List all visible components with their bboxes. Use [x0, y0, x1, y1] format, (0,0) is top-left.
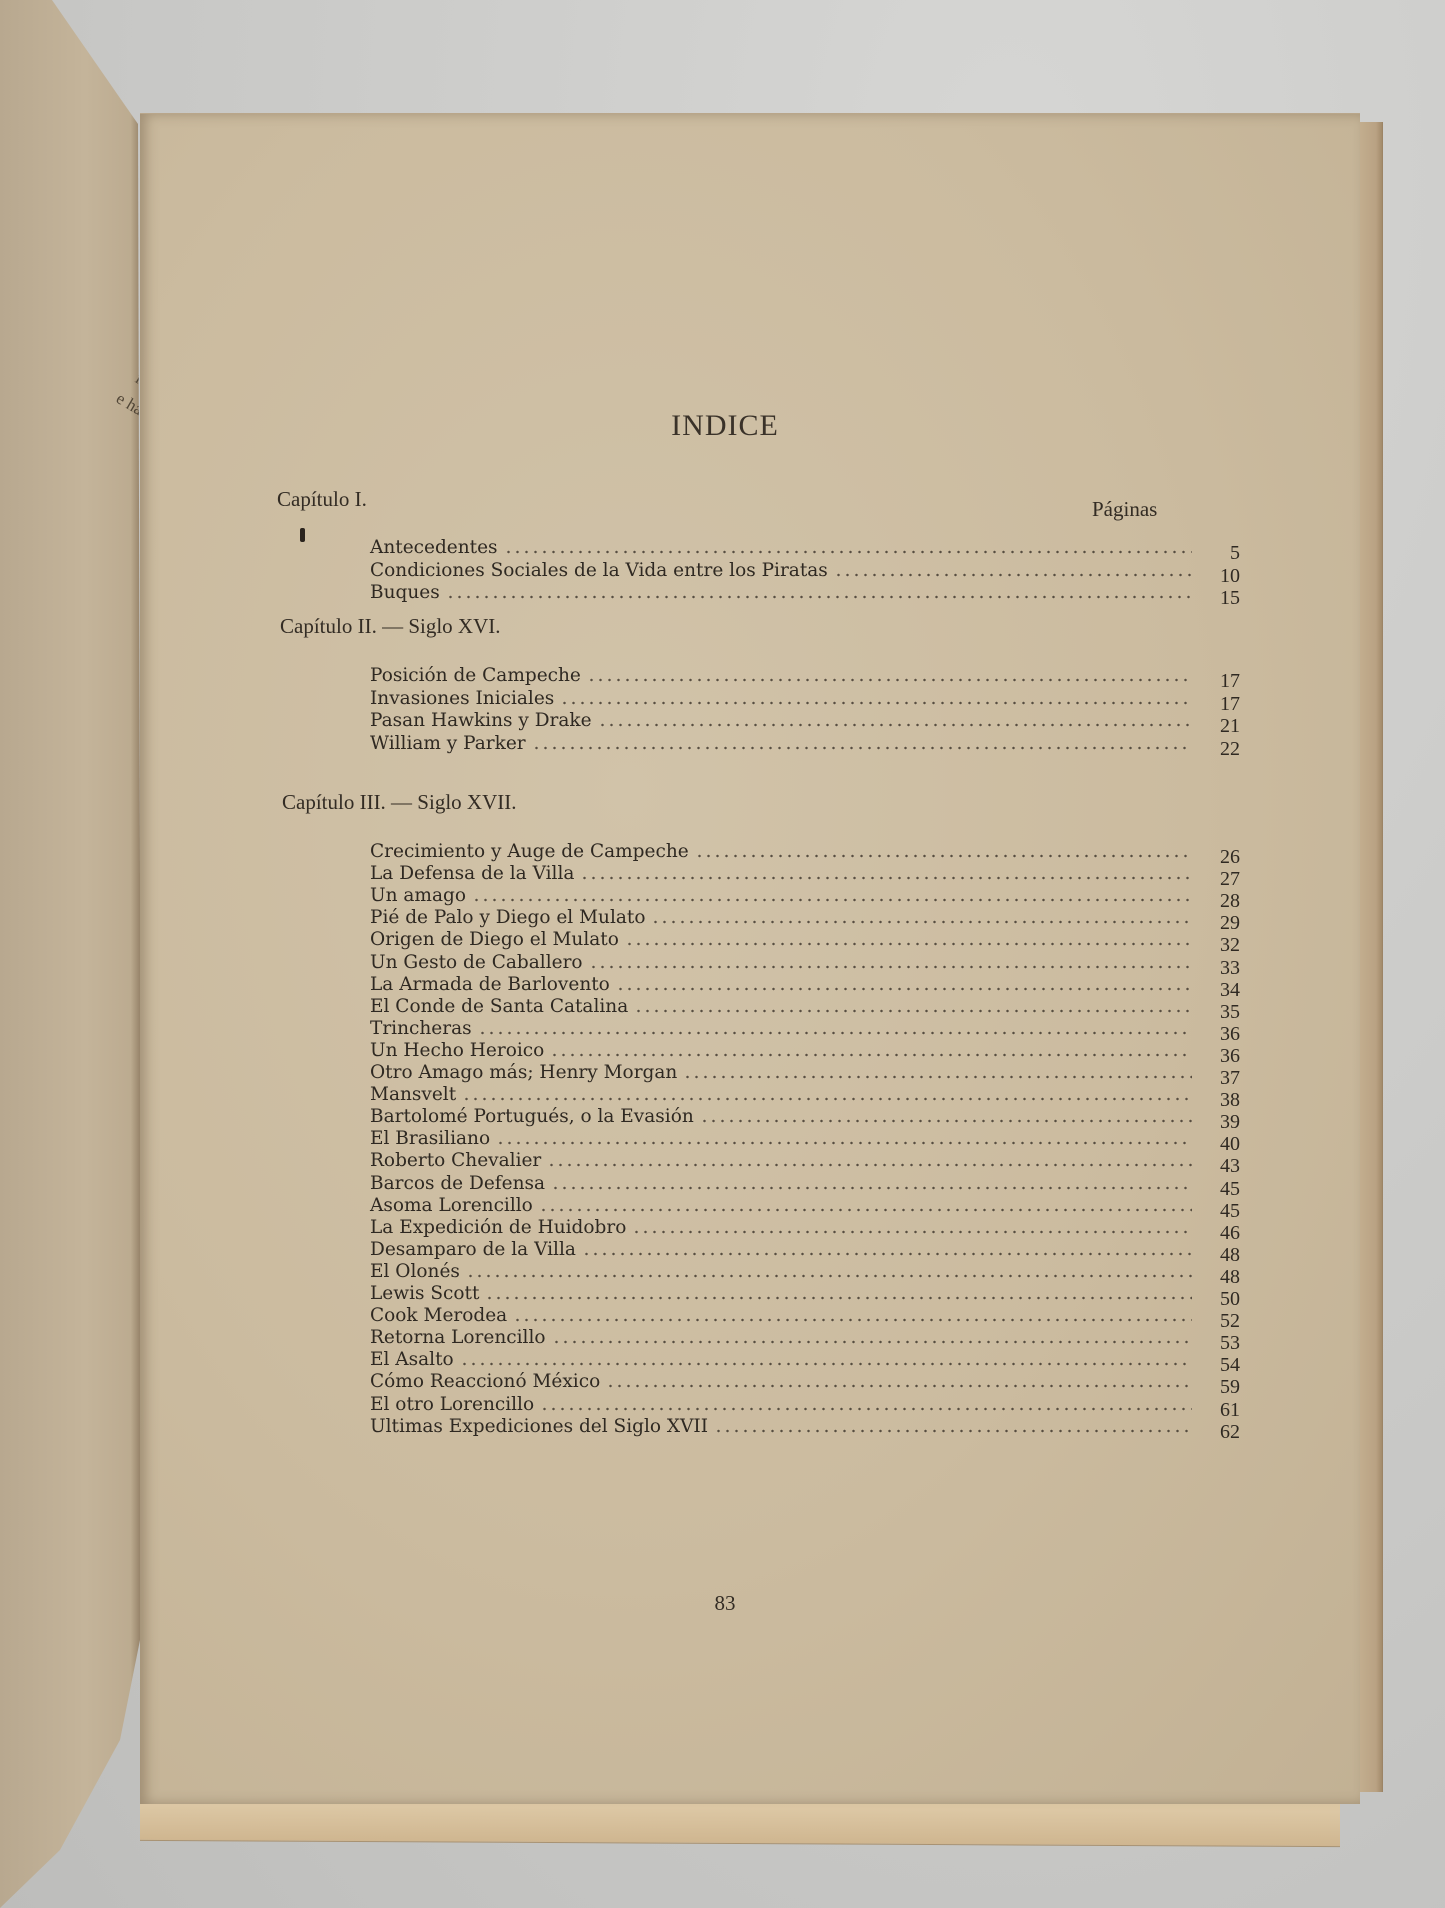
toc-entry-page: 62 — [1192, 1421, 1240, 1444]
facing-page-paragraph: a de Nueva Es-rto de Guadalupenos, con l… — [110, 244, 142, 469]
dot-leader — [598, 723, 1192, 727]
dot-leader — [714, 1429, 1192, 1433]
dot-leader — [834, 573, 1192, 577]
table-of-contents: Capítulo I.Antecedentes5Condiciones Soci… — [140, 114, 1360, 1804]
toc-entry-page: 22 — [1192, 738, 1240, 761]
toc-entry: William y Parker22 — [370, 728, 1240, 754]
toc-entry-title: Ultimas Expediciones del Siglo XVII — [370, 1416, 714, 1437]
toc-entry: Ultimas Expediciones del Siglo XVII62 — [370, 1411, 1240, 1437]
dot-leader — [504, 550, 1192, 554]
chapter-heading: Capítulo I. — [277, 487, 367, 512]
facing-page: centímetros.jo 23.a de Nueva Es-rto de G… — [0, 0, 142, 1908]
toc-entry-page: 15 — [1192, 587, 1240, 610]
dot-leader — [532, 746, 1192, 750]
toc-entry: Buques15 — [370, 577, 1240, 603]
dot-leader — [560, 701, 1192, 705]
chapter-heading: Capítulo III. — Siglo XVII. — [282, 790, 516, 815]
index-page: INDICE Páginas Capítulo I.Antecedentes5C… — [140, 113, 1360, 1804]
dot-leader — [446, 595, 1192, 599]
facing-page-line: e ha construído el — [110, 384, 142, 468]
chapter-heading: Capítulo II. — Siglo XVI. — [280, 614, 501, 639]
page-number: 83 — [140, 1591, 1310, 1616]
toc-entry-title: William y Parker — [370, 733, 532, 754]
toc-entry-title: Buques — [370, 582, 446, 603]
dot-leader — [587, 678, 1192, 682]
